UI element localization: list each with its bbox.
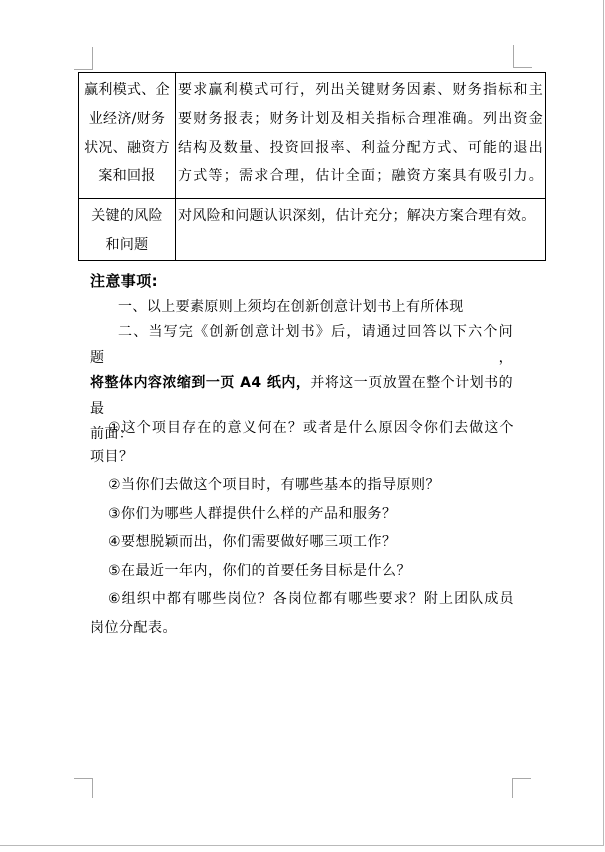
description-line: 对风险和问题认识深刻，估计充分；解决方案合理有效。 bbox=[178, 202, 543, 231]
margin-crop-mark-bottom-left bbox=[74, 778, 93, 798]
criteria-cell: 关键的风险 和问题 bbox=[79, 199, 176, 261]
criteria-line: 关键的风险 bbox=[81, 202, 173, 231]
margin-crop-mark-top-right bbox=[513, 45, 532, 68]
notes-heading: 注意事项: bbox=[90, 269, 513, 295]
margin-crop-mark-bottom-right bbox=[512, 778, 531, 798]
criteria-line: 业经济/财务 bbox=[81, 105, 173, 134]
description-line: 方式等；需求合理，估计全面；融资方案具有吸引力。 bbox=[178, 162, 543, 191]
description-cell: 要求赢利模式可行，列出关键财务因素、财务指标和主 要财务报表；财务计划及相关指标… bbox=[176, 73, 546, 199]
question-1-line-1: ①这个项目存在的意义何在？或者是什么原因令你们去做这个 bbox=[90, 414, 514, 443]
criteria-line: 案和回报 bbox=[81, 162, 173, 191]
questions-list: ①这个项目存在的意义何在？或者是什么原因令你们去做这个 项目？ ②当你们去做这个… bbox=[90, 414, 514, 642]
criteria-line: 赢利模式、企 bbox=[81, 76, 173, 105]
question-2: ②当你们去做这个项目时，有哪些基本的指导原则？ bbox=[90, 471, 514, 500]
criteria-cell: 赢利模式、企 业经济/财务 状况、融资方 案和回报 bbox=[79, 73, 176, 199]
description-line: 要求赢利模式可行，列出关键财务因素、财务指标和主 bbox=[178, 76, 543, 105]
question-6-line-1: ⑥组织中都有哪些岗位？各岗位都有哪些要求？附上团队成员 bbox=[90, 585, 514, 614]
description-line: 结构及数量、投资回报率、利益分配方式、可能的退出 bbox=[178, 134, 543, 163]
margin-crop-mark-top-left bbox=[74, 47, 93, 70]
note-item-1: 一、以上要素原则上须均在创新创意计划书上有所体现 bbox=[90, 295, 513, 321]
table-row: 关键的风险 和问题 对风险和问题认识深刻，估计充分；解决方案合理有效。 bbox=[79, 199, 546, 261]
question-5: ⑤在最近一年内，你们的首要任务目标是什么？ bbox=[90, 557, 514, 586]
note-bold-segment: 将整体内容浓缩到一页 A4 纸内， bbox=[90, 375, 310, 391]
criteria-line: 状况、融资方 bbox=[81, 134, 173, 163]
question-3: ③你们为哪些人群提供什么样的产品和服务？ bbox=[90, 500, 514, 529]
description-cell: 对风险和问题认识深刻，估计充分；解决方案合理有效。 bbox=[176, 199, 546, 261]
table-row: 赢利模式、企 业经济/财务 状况、融资方 案和回报 要求赢利模式可行，列出关键财… bbox=[79, 73, 546, 199]
document-page: 赢利模式、企 业经济/财务 状况、融资方 案和回报 要求赢利模式可行，列出关键财… bbox=[0, 0, 604, 846]
question-4: ④要想脱颖而出，你们需要做好哪三项工作？ bbox=[90, 528, 514, 557]
criteria-line: 和问题 bbox=[81, 231, 173, 260]
evaluation-criteria-table: 赢利模式、企 业经济/财务 状况、融资方 案和回报 要求赢利模式可行，列出关键财… bbox=[78, 72, 546, 261]
note-item-2-line-1: 二、当写完《创新创意计划书》后，请通过回答以下六个问题， bbox=[90, 320, 513, 371]
description-line: 要财务报表；财务计划及相关指标合理准确。列出资金 bbox=[178, 105, 543, 134]
question-6-line-2: 岗位分配表。 bbox=[90, 614, 514, 643]
question-1-line-2: 项目？ bbox=[90, 443, 514, 472]
